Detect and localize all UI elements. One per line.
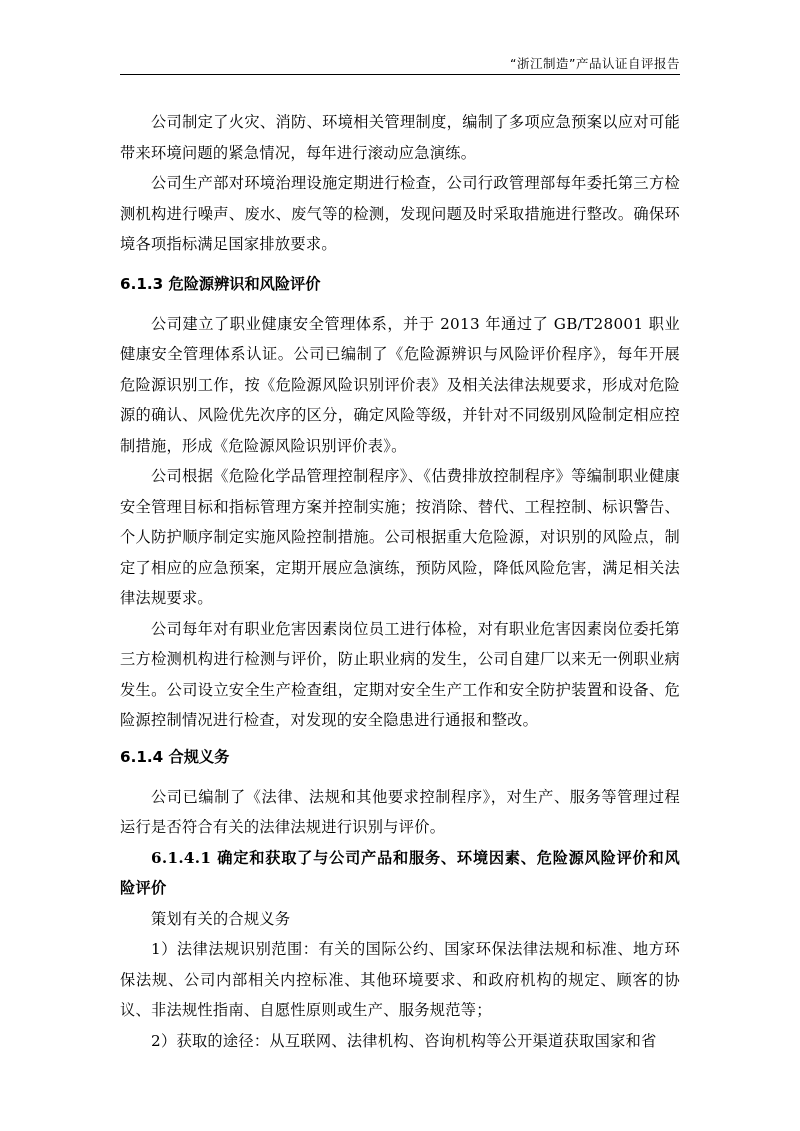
- subsection-heading-6-1-4-1: 6.1.4.1 确定和获取了与公司产品和服务、环境因素、危险源风险评价和风险评价: [120, 843, 680, 904]
- report-title: “浙江制造”产品认证自评报告: [510, 54, 680, 72]
- list-item: 2）获取的途径：从互联网、法律机构、咨询机构等公开渠道获取国家和省: [120, 1026, 680, 1057]
- paragraph: 公司制定了火灾、消防、环境相关管理制度，编制了多项应急预案以应对可能带来环境问题…: [120, 107, 680, 168]
- paragraph: 公司建立了职业健康安全管理体系，并于 2013 年通过了 GB/T28001 职…: [120, 309, 680, 462]
- paragraph: 公司根据《危险化学品管理控制程序》、《估费排放控制程序》等编制职业健康安全管理目…: [120, 461, 680, 614]
- section-heading-6-1-3: 6.1.3 危险源辨识和风险评价: [120, 269, 680, 299]
- paragraph: 公司生产部对环境治理设施定期进行检查，公司行政管理部每年委托第三方检测机构进行噪…: [120, 168, 680, 260]
- section-heading-6-1-4: 6.1.4 合规义务: [120, 742, 680, 772]
- list-item: 1）法律法规识别范围：有关的国际公约、国家环保法律法规和标准、地方环保法规、公司…: [120, 934, 680, 1026]
- paragraph: 公司已编制了《法律、法规和其他要求控制程序》，对生产、服务等管理过程运行是否符合…: [120, 782, 680, 843]
- paragraph: 策划有关的合规义务: [120, 904, 680, 935]
- document-body: 公司制定了火灾、消防、环境相关管理制度，编制了多项应急预案以应对可能带来环境问题…: [120, 107, 680, 1056]
- page-header: “浙江制造”产品认证自评报告: [120, 52, 680, 75]
- paragraph: 公司每年对有职业危害因素岗位员工进行体检，对有职业危害因素岗位委托第三方检测机构…: [120, 614, 680, 736]
